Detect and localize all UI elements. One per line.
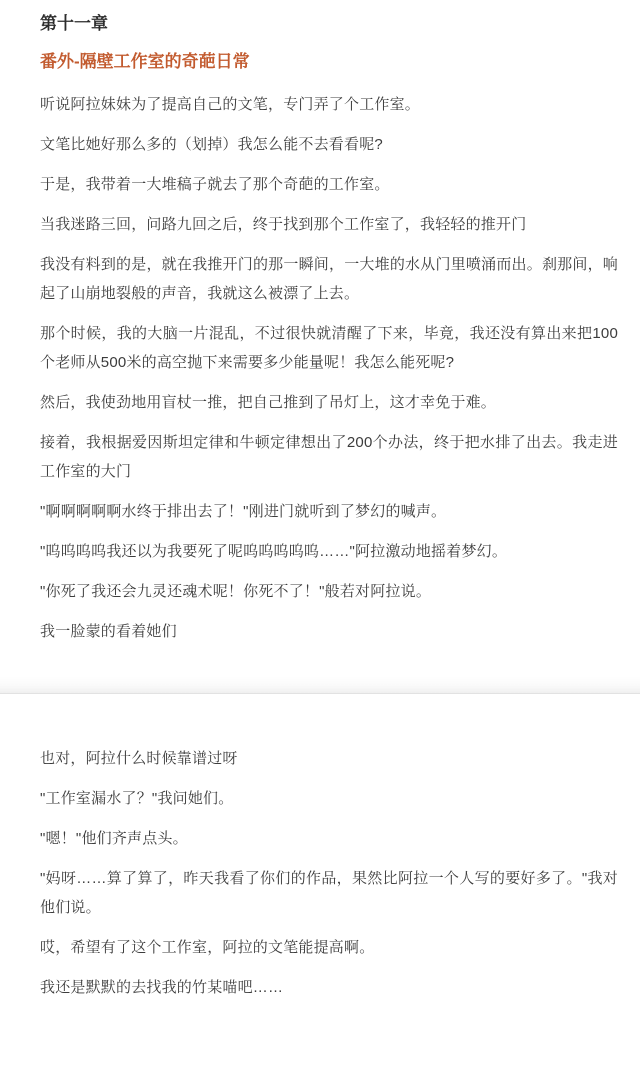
paragraph: 我没有料到的是，就在我推开门的那一瞬间，一大堆的水从门里喷涌而出。刹那间，响起了…: [40, 250, 618, 308]
chapter-title: 第十一章: [40, 0, 618, 36]
paragraph: 于是，我带着一大堆稿子就去了那个奇葩的工作室。: [40, 170, 618, 199]
section-title: 番外-隔壁工作室的奇葩日常: [40, 50, 618, 74]
paragraph: 接着，我根据爱因斯坦定律和牛顿定律想出了200个办法，终于把水排了出去。我走进工…: [40, 428, 618, 486]
paragraph: "工作室漏水了？"我问她们。: [40, 784, 618, 813]
paragraph: 我还是默默的去找我的竹某喵吧……: [40, 973, 618, 1002]
paragraph: 我一脸蒙的看着她们: [40, 617, 618, 646]
paragraph: 文笔比她好那么多的（划掉）我怎么能不去看看呢?: [40, 130, 618, 159]
paragraph: "啊啊啊啊啊水终于排出去了！"刚进门就听到了梦幻的喊声。: [40, 497, 618, 526]
paragraph: 哎，希望有了这个工作室，阿拉的文笔能提高啊。: [40, 933, 618, 962]
paragraph: "你死了我还会九灵还魂术呢！你死不了！"般若对阿拉说。: [40, 577, 618, 606]
reader-content[interactable]: 第十一章 番外-隔壁工作室的奇葩日常 听说阿拉妹妹为了提高自己的文笔，专门弄了个…: [0, 0, 640, 1077]
paragraph: 听说阿拉妹妹为了提高自己的文笔，专门弄了个工作室。: [40, 90, 618, 119]
paragraph: "嗯！"他们齐声点头。: [40, 824, 618, 853]
paragraph: 然后，我使劲地用盲杖一推，把自己推到了吊灯上，这才幸免于难。: [40, 388, 618, 417]
page-1: 第十一章 番外-隔壁工作室的奇葩日常 听说阿拉妹妹为了提高自己的文笔，专门弄了个…: [0, 0, 640, 646]
paragraph: 也对，阿拉什么时候靠谱过呀: [40, 744, 618, 773]
page-2: 也对，阿拉什么时候靠谱过呀 "工作室漏水了？"我问她们。 "嗯！"他们齐声点头。…: [0, 744, 640, 1002]
page-divider: [0, 676, 640, 694]
paragraph: "妈呀……算了算了，昨天我看了你们的作品，果然比阿拉一个人写的要好多了。"我对他…: [40, 864, 618, 922]
paragraph: 当我迷路三回，问路九回之后，终于找到那个工作室了，我轻轻的推开门: [40, 210, 618, 239]
paragraph: "呜呜呜呜我还以为我要死了呢呜呜呜呜呜……"阿拉激动地摇着梦幻。: [40, 537, 618, 566]
paragraph: 那个时候，我的大脑一片混乱，不过很快就清醒了下来，毕竟，我还没有算出来把100个…: [40, 319, 618, 377]
